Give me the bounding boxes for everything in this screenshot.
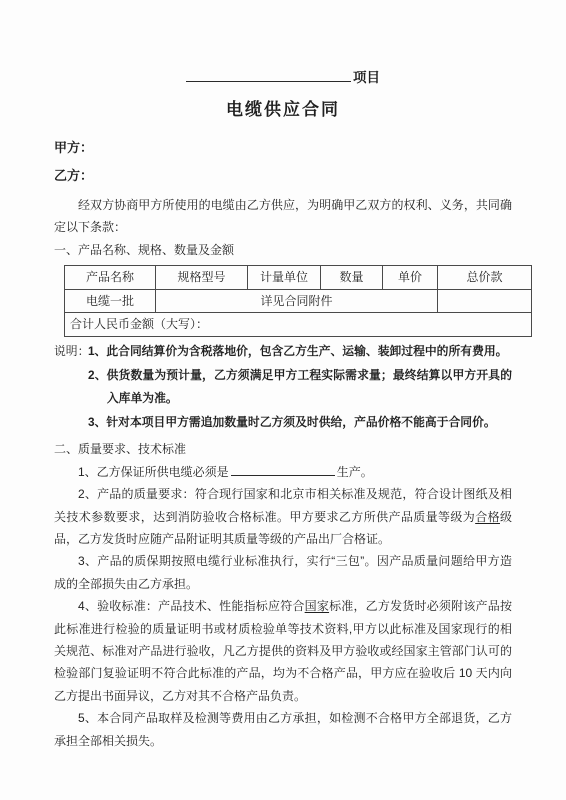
intro-paragraph: 经双方协商甲方所使用的电缆由乙方供应，为明确甲乙双方的权利、义务，共同确定以下条… [54, 194, 512, 239]
project-title-line: 项目 [54, 68, 512, 88]
note-item-3: 3、针对本项目甲方需追加数量时乙方须及时供给，产品价格不能高于合同价。 [88, 411, 512, 435]
section2-item-1: 1、乙方保证所供电缆必须是生产。 [54, 461, 512, 483]
item2-text-pre: 2、产品的质量要求：符合现行国家和北京市相关标准及规范，符合设计图纸及相关技术参… [54, 487, 512, 523]
notes-label: 说明： [54, 340, 89, 364]
section2-heading: 二、质量要求、技术标准 [54, 438, 512, 460]
document-title: 电缆供应合同 [54, 98, 512, 122]
header-quantity: 数量 [321, 266, 383, 289]
cell-total-price-empty [438, 289, 532, 312]
section2-item-3: 3、产品的质保期按照电缆行业标准执行，实行“三包”。因产品质量问题给甲方造成的全… [54, 550, 512, 595]
product-table-total-row: 合计人民币金额（大写）： [65, 313, 532, 337]
manufacturer-blank [231, 462, 335, 476]
header-spec-model: 规格型号 [156, 266, 248, 289]
header-unit-price: 单价 [383, 266, 438, 289]
notes-block: 说明： 1、此合同结算价为含税落地价，包含乙方生产、运输、装卸过程中的所有费用。… [54, 340, 512, 434]
product-table-data-row: 电缆一批 详见合同附件 [65, 289, 532, 312]
note-item-1: 1、此合同结算价为含税落地价，包含乙方生产、运输、装卸过程中的所有费用。 [88, 340, 512, 364]
item1-text-pre: 1、乙方保证所供电缆必须是 [78, 465, 229, 479]
section2-item-4: 4、验收标准：产品技术、性能指标应符合国家标准，乙方发货时必须附该产品按此标准进… [54, 595, 512, 707]
item2-underlined-grade: 合格 [475, 510, 500, 524]
contract-document-page: 项目 电缆供应合同 甲方： 乙方： 经双方协商甲方所使用的电缆由乙方供应，为明确… [0, 0, 566, 800]
section1-heading: 一、产品名称、规格、数量及金额 [54, 239, 512, 261]
item4-text-post: 标准，乙方发货时必须附该产品按此标准进行检验的质量证明书或材质检验单等技术资料,… [54, 599, 512, 703]
product-table-header-row: 产品名称 规格型号 计量单位 数量 单价 总价款 [65, 266, 532, 289]
cell-see-attachment: 详见合同附件 [156, 289, 438, 312]
cell-total-amount-label: 合计人民币金额（大写）： [65, 313, 532, 337]
item1-text-post: 生产。 [337, 465, 373, 479]
item4-text-pre: 4、验收标准：产品技术、性能指标应符合 [78, 599, 305, 613]
header-unit: 计量单位 [248, 266, 321, 289]
header-product-name: 产品名称 [65, 266, 156, 289]
note-item-2: 2、供货数量为预计量，乙方须满足甲方工程实际需求量；最终结算以甲方开具的入库单为… [88, 364, 512, 411]
project-name-blank [186, 68, 351, 82]
section2-item-5: 5、本合同产品取样及检测等费用由乙方承担，如检测不合格甲方全部退货，乙方承担全部… [54, 707, 512, 752]
party-a-label: 甲方： [54, 138, 512, 157]
product-table: 产品名称 规格型号 计量单位 数量 单价 总价款 电缆一批 详见合同附件 合计人… [64, 265, 532, 337]
header-total-price: 总价款 [438, 266, 532, 289]
project-title-suffix: 项目 [353, 70, 380, 85]
cell-product-name: 电缆一批 [65, 289, 156, 312]
item4-underlined-national: 国家 [305, 599, 329, 613]
section2-item-2: 2、产品的质量要求：符合现行国家和北京市相关标准及规范，符合设计图纸及相关技术参… [54, 483, 512, 550]
party-b-label: 乙方： [54, 166, 512, 185]
